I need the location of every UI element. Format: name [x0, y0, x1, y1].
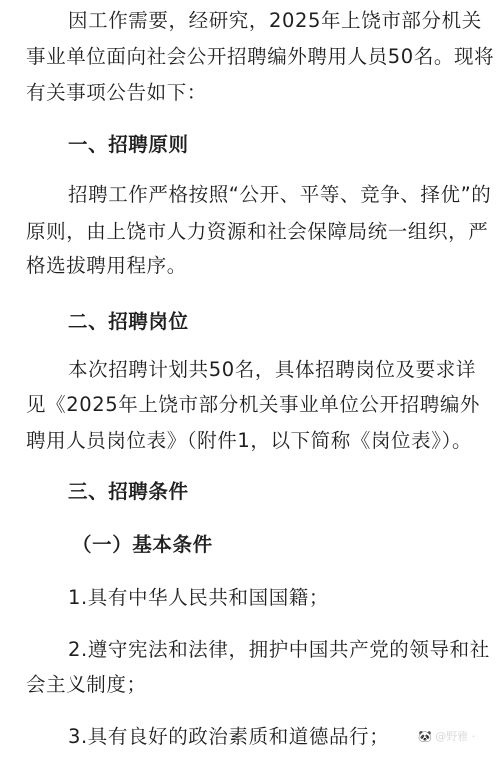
section2-line-1: 本次招聘计划共50名，具体招聘岗位及要求详 [68, 357, 500, 383]
author-watermark: 🐼 @野雅 · [418, 728, 475, 744]
intro-line-2: 事业单位面向社会公开招聘编外聘用人员50名。现将 [26, 44, 486, 70]
section1-line-3: 格选拔聘用程序。 [26, 253, 486, 279]
section-heading-2: 二、招聘岗位 [68, 309, 500, 335]
intro-line-1: 因工作需要，经研究，2025年上饶市部分机关 [68, 8, 500, 34]
condition-item-2-line-2: 会主义制度； [26, 672, 486, 698]
section1-line-1: 招聘工作严格按照“公开、平等、竞争、择优”的 [68, 182, 500, 208]
condition-item-1: 1.具有中华人民共和国国籍； [68, 585, 500, 611]
section-heading-3: 三、招聘条件 [68, 479, 500, 505]
subsection-heading-basic: （一）基本条件 [72, 532, 500, 558]
condition-item-2-line-1: 2.遵守宪法和法律，拥护中国共产党的领导和社 [68, 637, 500, 663]
section-heading-1: 一、招聘原则 [68, 132, 500, 158]
section1-line-2: 原则，由上饶市人力资源和社会保障局统一组织，严 [26, 219, 486, 245]
section2-line-2: 见《2025年上饶市部分机关事业单位公开招聘编外 [26, 392, 486, 418]
section2-line-3: 聘用人员岗位表》（附件1，以下简称《岗位表》）。 [26, 428, 486, 454]
intro-line-3: 有关事项公告如下： [26, 80, 486, 106]
